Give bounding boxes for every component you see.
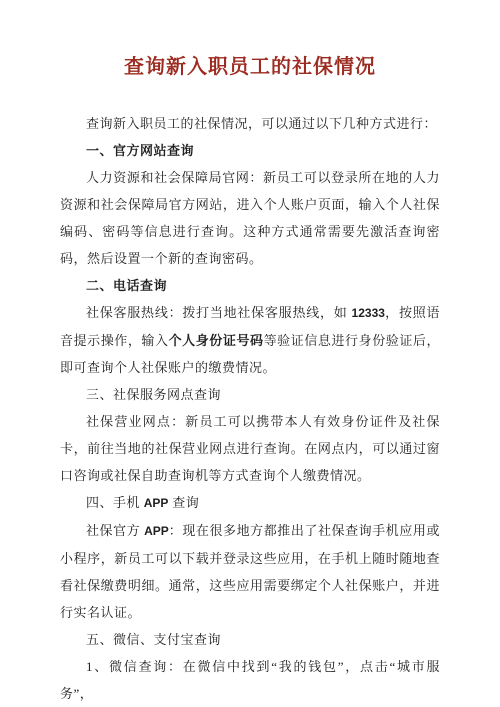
text-run: 社保营业网点：新员工可以携带本人有效身份证件及社保卡，前往当地的社保营业网点进行…	[60, 414, 440, 483]
text-run: 1、微信查询：在微信中找到“我的钱包”，点击“城市服务”，	[60, 659, 440, 701]
paragraph: 社保营业网点：新员工可以携带本人有效身份证件及社保卡，前往当地的社保营业网点进行…	[60, 408, 440, 489]
bold-text-run: 12333	[352, 306, 385, 320]
paragraph: 社保官方 APP：现在很多地方都推出了社保查询手机应用或小程序，新员工可以下载并…	[60, 517, 440, 626]
bold-text-run: 个人身份证号码	[169, 333, 264, 348]
document-page: 查询新入职员工的社保情况 查询新入职员工的社保情况，可以通过以下几种方式进行： …	[0, 0, 500, 707]
intro-paragraph: 查询新入职员工的社保情况，可以通过以下几种方式进行：	[60, 110, 440, 137]
text-run: 查询	[168, 495, 199, 510]
text-run: 五、微信、支付宝查询	[86, 632, 221, 647]
paragraph: 1、微信查询：在微信中找到“我的钱包”，点击“城市服务”，	[60, 653, 440, 707]
section-heading: 二、电话查询	[60, 272, 440, 299]
section-heading: 一、官方网站查询	[60, 137, 440, 164]
section-heading: 三、社保服务网点查询	[60, 381, 440, 408]
document-title: 查询新入职员工的社保情况	[60, 50, 440, 84]
text-run: 四、手机	[86, 495, 144, 510]
text-run: 社保客服热线：拨打当地社保客服热线，如	[86, 305, 352, 320]
text-run: 一、官方网站查询	[86, 143, 194, 158]
text-run: 二、电话查询	[86, 278, 167, 293]
bold-text-run: APP	[144, 496, 169, 510]
text-run: 三、社保服务网点查询	[86, 387, 221, 402]
text-run: 社保官方	[86, 523, 144, 538]
section-heading: 五、微信、支付宝查询	[60, 626, 440, 653]
paragraph: 人力资源和社会保障局官网：新员工可以登录所在地的人力资源和社会保障局官方网站，进…	[60, 164, 440, 272]
bold-text-run: APP	[144, 524, 169, 538]
text-run: 人力资源和社会保障局官网：新员工可以登录所在地的人力资源和社会保障局官方网站，进…	[60, 170, 440, 266]
sections: 一、官方网站查询人力资源和社会保障局官网：新员工可以登录所在地的人力资源和社会保…	[60, 137, 440, 707]
paragraph: 社保客服热线：拨打当地社保客服热线，如 12333，按照语音提示操作，输入个人身…	[60, 299, 440, 381]
section-heading: 四、手机 APP 查询	[60, 489, 440, 517]
